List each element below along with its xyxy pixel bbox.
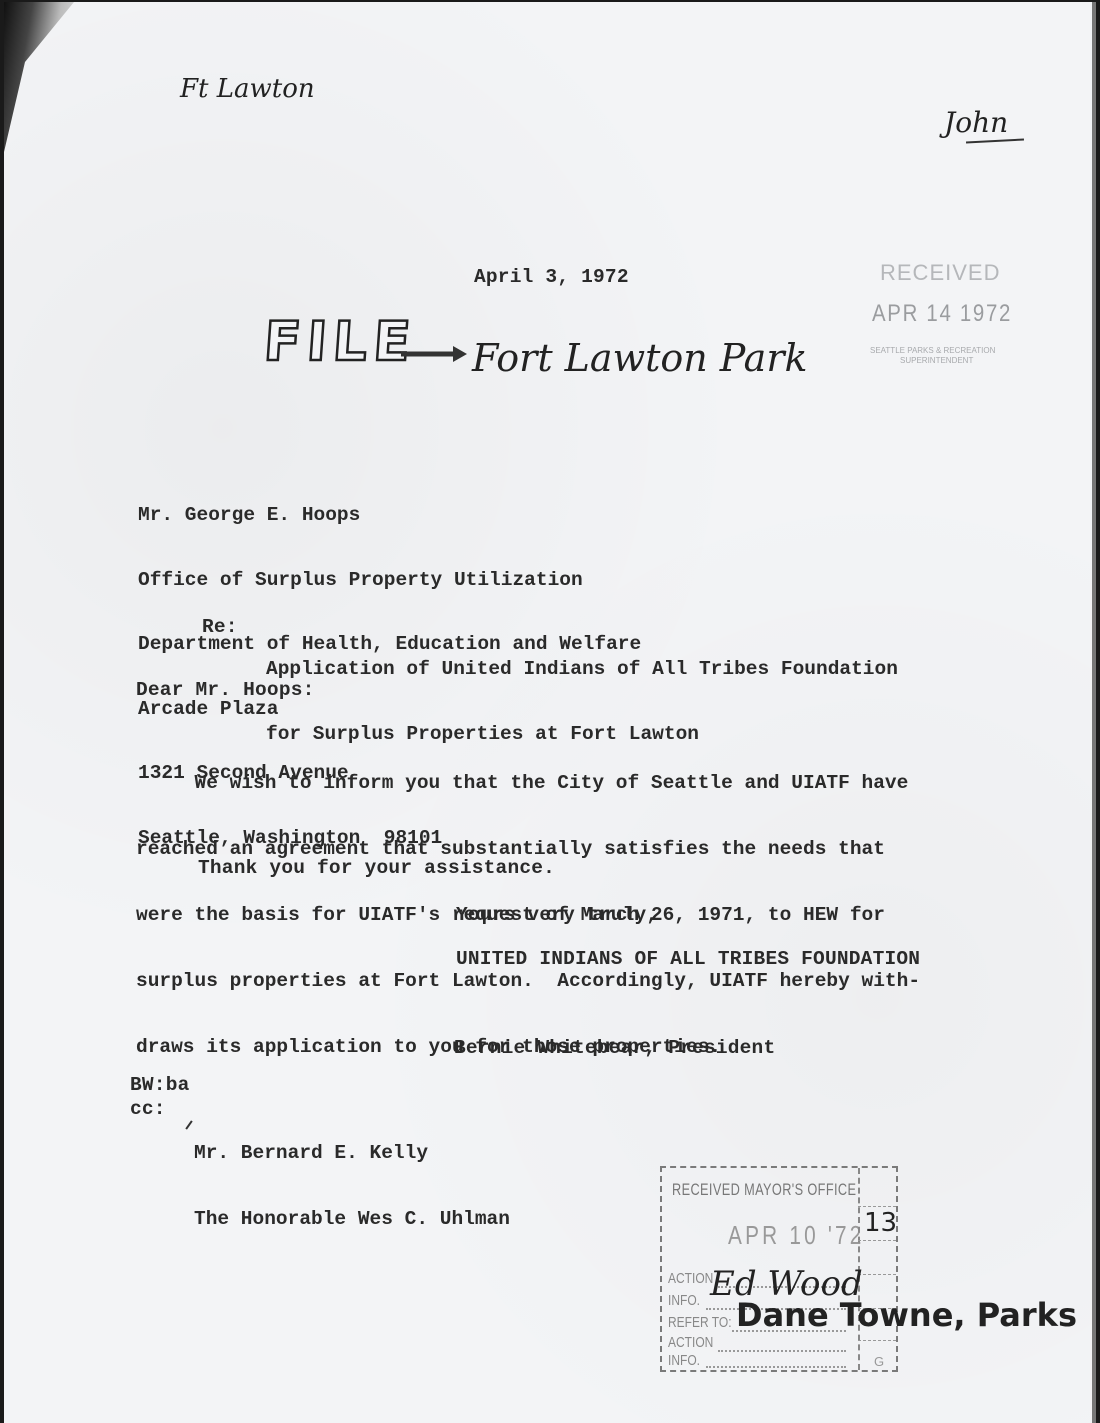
- folded-corner-shadow: [4, 2, 74, 152]
- body-line: surplus properties at Fort Lawton. Accor…: [136, 970, 920, 992]
- stamp-hline: [858, 1274, 896, 1275]
- signatory: Bernie Whitebear, President: [454, 1037, 775, 1059]
- address-line: Mr. George E. Hoops: [138, 505, 641, 527]
- stamp-number: 13: [864, 1208, 897, 1238]
- letter-date: April 3, 1972: [474, 266, 629, 288]
- stamp-hline: [858, 1340, 896, 1341]
- check-mark: [185, 1120, 192, 1129]
- stamp-corner-letter: G: [874, 1354, 884, 1369]
- received-stamp-line1: SEATTLE PARKS & RECREATION: [870, 346, 995, 355]
- received-stamp-date: APR 14 1972: [872, 300, 1012, 328]
- subject-line: Application of United Indians of All Tri…: [266, 659, 898, 681]
- typist-initials: BW:ba: [130, 1074, 190, 1096]
- stamp-row-label: REFER TO:: [668, 1314, 732, 1331]
- thanks-line: Thank you for your assistance.: [198, 857, 555, 879]
- routing-note-dane-towne: Dane Towne, Parks: [736, 1296, 1077, 1334]
- address-line: Office of Surplus Property Utilization: [138, 570, 641, 592]
- stamp-row-line: [706, 1366, 846, 1368]
- body-line: We wish to inform you that the City of S…: [136, 772, 920, 794]
- stamp-row-label: INFO.: [668, 1292, 700, 1309]
- mayor-stamp-date: APR 10 '72: [728, 1220, 865, 1251]
- scanned-letter-page: Ft Lawton John RECEIVED APR 14 1972 SEAT…: [4, 2, 1096, 1423]
- handwritten-note-top-right: John: [944, 106, 1008, 139]
- stamp-hline: [858, 1206, 896, 1207]
- salutation: Dear Mr. Hoops:: [136, 679, 315, 701]
- handwritten-underline: [966, 138, 1024, 143]
- cc-list: Mr. Bernard E. Kelly The Honorable Wes C…: [194, 1098, 510, 1274]
- stamp-row-line: [718, 1350, 846, 1352]
- stamp-row-label: INFO.: [668, 1352, 700, 1369]
- closing: Yours very truly,: [456, 904, 658, 926]
- arrow-right-icon: [399, 344, 469, 364]
- stamp-row-label: ACTION: [668, 1270, 713, 1287]
- received-stamp-title: RECEIVED: [880, 260, 1000, 286]
- cc-label: cc:: [130, 1098, 166, 1120]
- cc-recipient: The Honorable Wes C. Uhlman: [194, 1208, 510, 1230]
- file-label: FILE: [262, 310, 419, 373]
- organization-name: UNITED INDIANS OF ALL TRIBES FOUNDATION: [456, 948, 920, 970]
- re-label: Re:: [202, 616, 238, 638]
- page-edge: [1092, 2, 1096, 1423]
- mayor-stamp-title: RECEIVED MAYOR'S OFFICE: [672, 1180, 856, 1200]
- file-destination-note: Fort Lawton Park: [472, 336, 808, 380]
- received-stamp-line2: SUPERINTENDENT: [900, 356, 973, 365]
- handwritten-note-top-left: Ft Lawton: [180, 74, 315, 104]
- cc-recipient: Mr. Bernard E. Kelly: [194, 1142, 510, 1164]
- stamp-row-label: ACTION: [668, 1334, 713, 1351]
- stamp-hline: [858, 1240, 896, 1241]
